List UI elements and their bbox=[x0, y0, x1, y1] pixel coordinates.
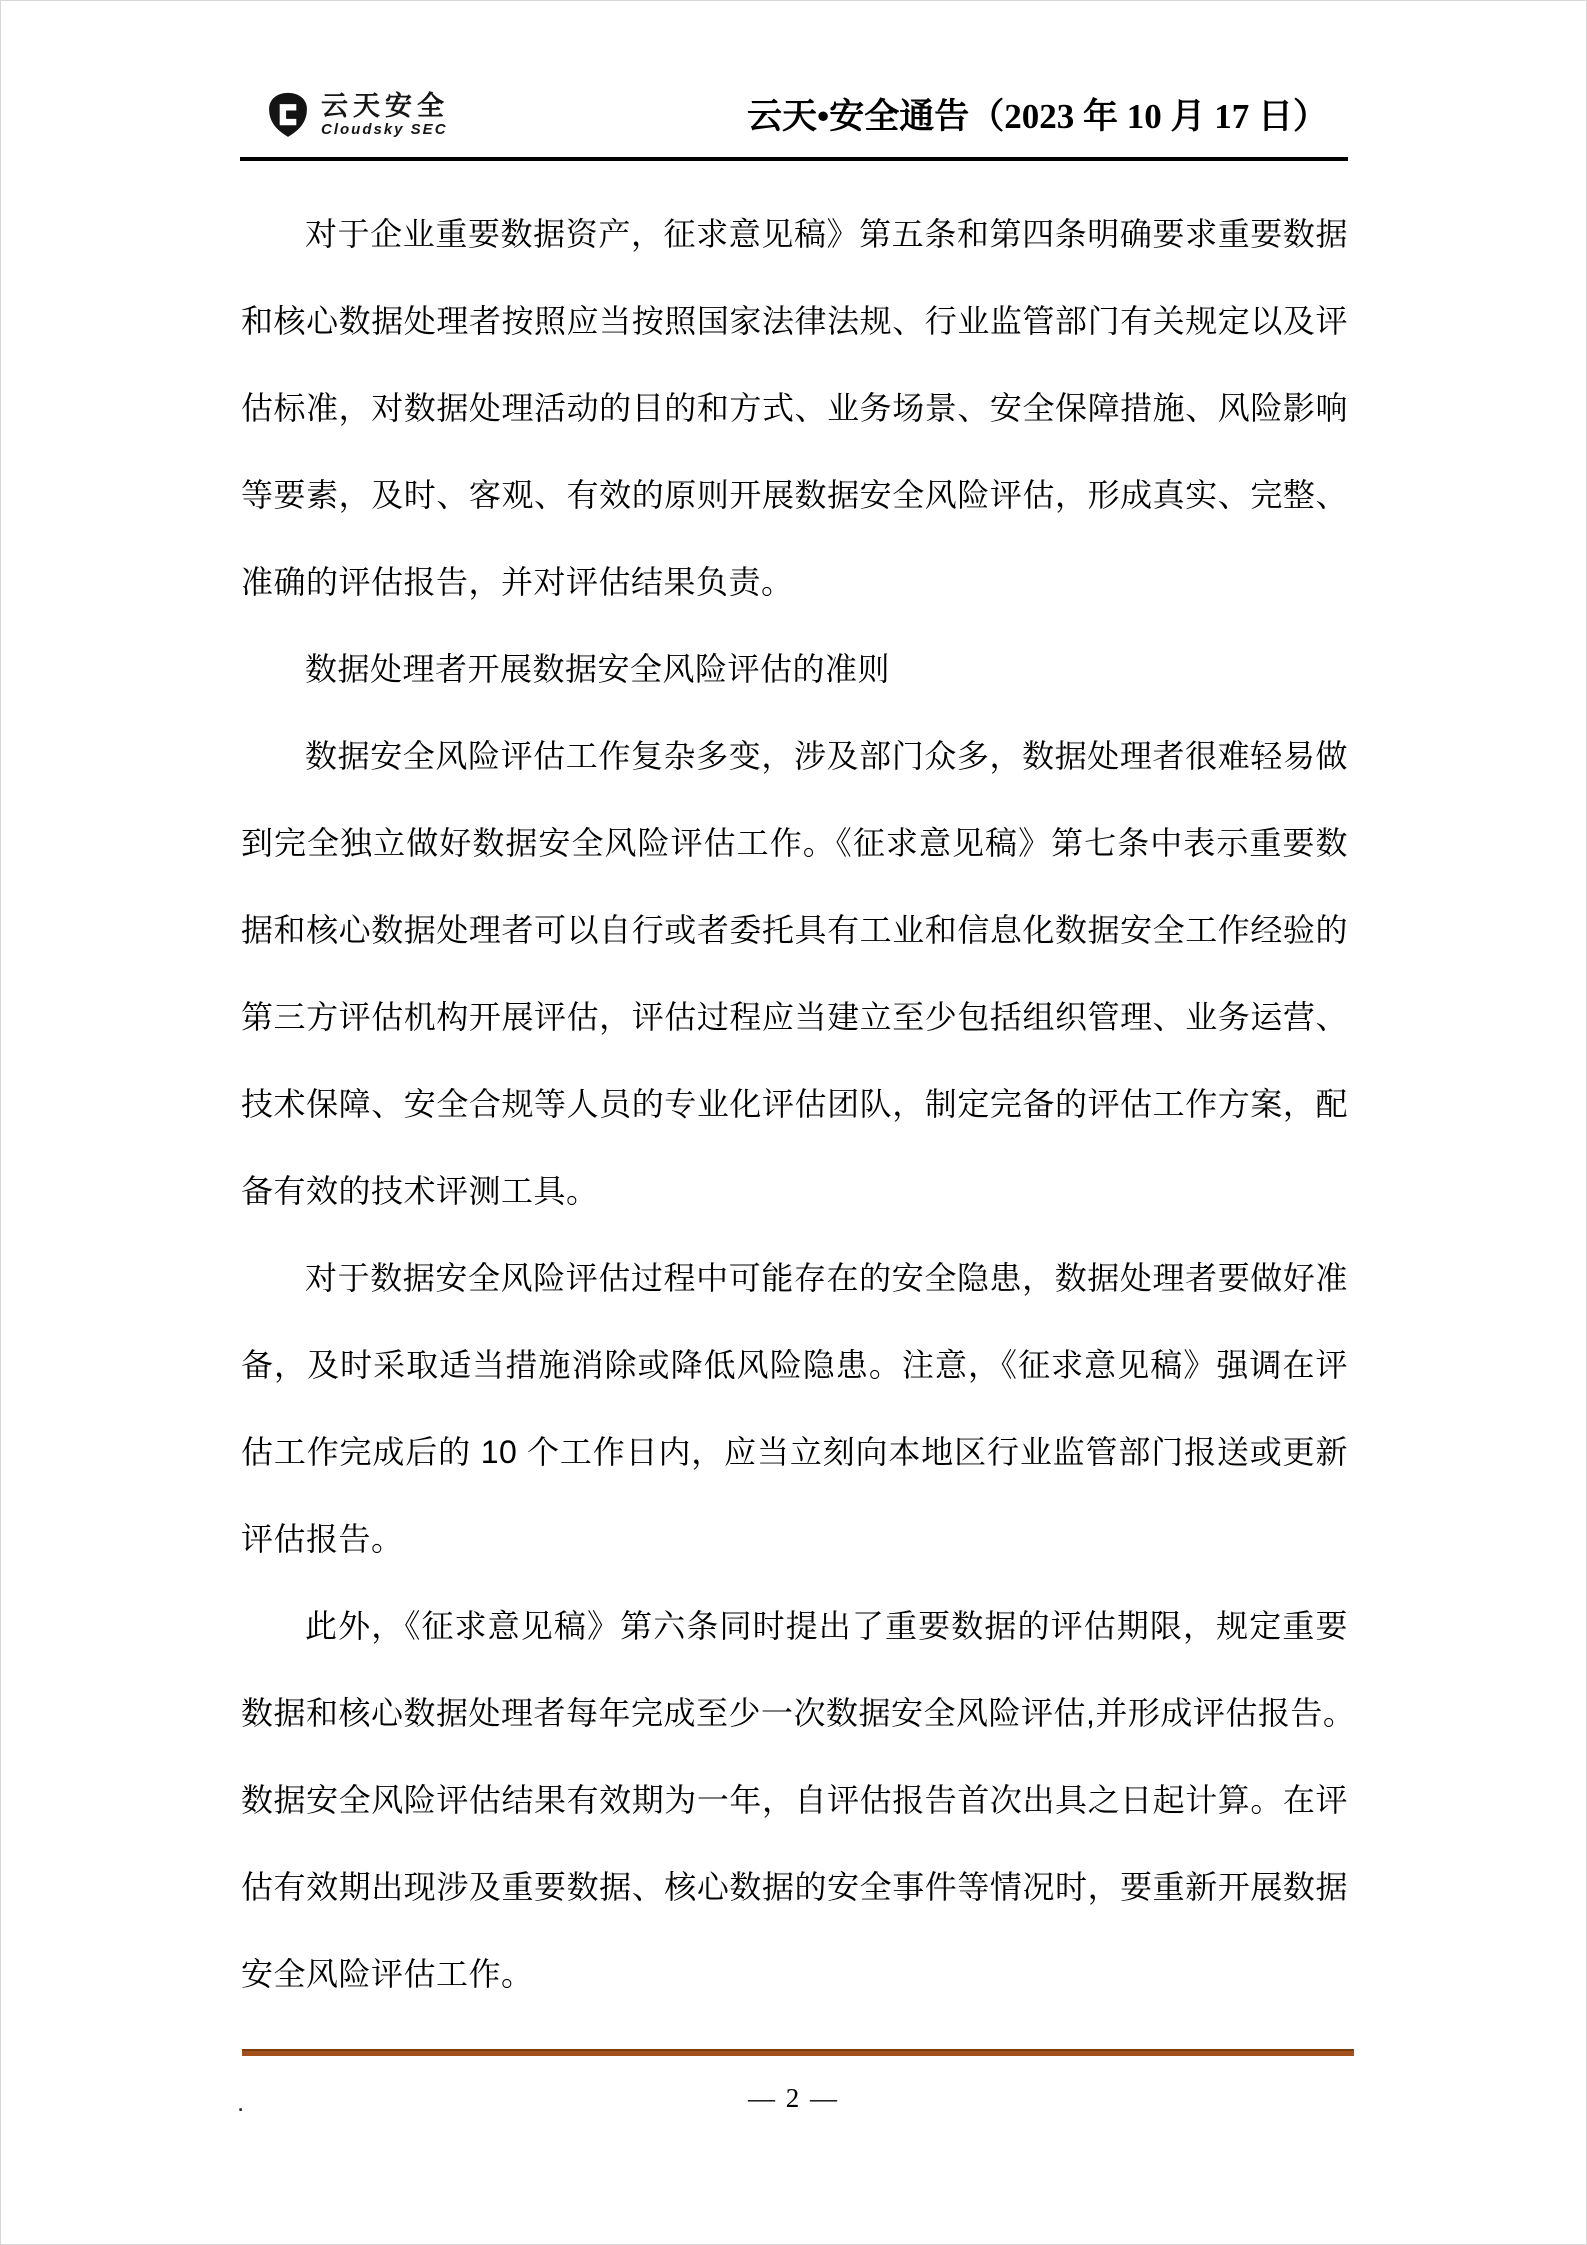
text-line: 备有效的技术评测工具。 bbox=[241, 1148, 1348, 1235]
footer-rule bbox=[242, 2049, 1354, 2056]
text-line: 估有效期出现涉及重要数据、核心数据的安全事件等情况时，要重新开展数据 bbox=[241, 1844, 1348, 1931]
text-line: 备，及时采取适当措施消除或降低风险隐患。注意，《征求意见稿》强调在评 bbox=[241, 1322, 1348, 1409]
text-line: 数据处理者开展数据安全风险评估的准则 bbox=[241, 626, 1348, 713]
text-line: 对于数据安全风险评估过程中可能存在的安全隐患，数据处理者要做好准 bbox=[241, 1235, 1348, 1322]
text-line: 数据和核心数据处理者每年完成至少一次数据安全风险评估,并形成评估报告。 bbox=[241, 1670, 1348, 1757]
text-line: 等要素，及时、客观、有效的原则开展数据安全风险评估，形成真实、完整、 bbox=[241, 452, 1348, 539]
text-line: 对于企业重要数据资产，征求意见稿》第五条和第四条明确要求重要数据 bbox=[241, 191, 1348, 278]
text-line: 估工作完成后的 10 个工作日内，应当立刻向本地区行业监管部门报送或更新 bbox=[241, 1409, 1348, 1496]
text-line: 估标准，对数据处理活动的目的和方式、业务场景、安全保障措施、风险影响 bbox=[241, 365, 1348, 452]
text-line: 到完全独立做好数据安全风险评估工作。《征求意见稿》第七条中表示重要数 bbox=[241, 800, 1348, 887]
text-line: 第三方评估机构开展评估，评估过程应当建立至少包括组织管理、业务运营、 bbox=[241, 974, 1348, 1061]
text-line: 据和核心数据处理者可以自行或者委托具有工业和信息化数据安全工作经验的 bbox=[241, 887, 1348, 974]
document-body: 对于企业重要数据资产，征求意见稿》第五条和第四条明确要求重要数据和核心数据处理者… bbox=[241, 191, 1348, 2018]
header-rule bbox=[240, 157, 1348, 161]
text-line: 安全风险评估工作。 bbox=[241, 1931, 1348, 2018]
text-line: 准确的评估报告，并对评估结果负责。 bbox=[241, 539, 1348, 626]
text-line: 数据安全风险评估结果有效期为一年，自评估报告首次出具之日起计算。在评 bbox=[241, 1757, 1348, 1844]
text-line: 和核心数据处理者按照应当按照国家法律法规、行业监管部门有关规定以及评 bbox=[241, 278, 1348, 365]
text-line: 技术保障、安全合规等人员的专业化评估团队，制定完备的评估工作方案，配 bbox=[241, 1061, 1348, 1148]
brand-name-cn: 云天安全 bbox=[321, 91, 449, 121]
brand-logo: 云天安全 Cloudsky SEC bbox=[265, 91, 449, 139]
brand-name-en: Cloudsky SEC bbox=[321, 121, 449, 139]
shield-c-icon bbox=[265, 91, 311, 139]
bulletin-title: 云天•安全通告（2023 年 10 月 17 日） bbox=[747, 93, 1328, 141]
document-page: 云天安全 Cloudsky SEC 云天•安全通告（2023 年 10 月 17… bbox=[0, 0, 1587, 2245]
page-number: — 2 — bbox=[1, 2083, 1586, 2114]
text-line: 此外，《征求意见稿》第六条同时提出了重要数据的评估期限，规定重要 bbox=[241, 1583, 1348, 1670]
brand-text: 云天安全 Cloudsky SEC bbox=[321, 91, 449, 139]
text-line: 评估报告。 bbox=[241, 1496, 1348, 1583]
text-line: 数据安全风险评估工作复杂多变，涉及部门众多，数据处理者很难轻易做 bbox=[241, 713, 1348, 800]
